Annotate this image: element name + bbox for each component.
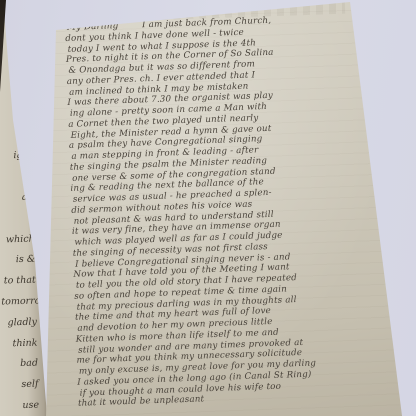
left-page-line-fragment: tomorrow xyxy=(1,291,42,313)
left-page-line-fragment: use xyxy=(4,395,45,416)
underlying-letter-page: disilightasanawhichis &to thattomorrowgl… xyxy=(0,0,50,416)
letter-page: 9 P.M. My Darling I am just back from Ch… xyxy=(0,0,416,416)
left-page-line-fragment: self xyxy=(3,375,44,397)
left-page-line-fragment: which xyxy=(0,229,40,251)
left-page-line-fragment: bad xyxy=(3,354,44,376)
left-page-fragments: disilightasanawhichis &to thattomorrowgl… xyxy=(0,84,44,416)
letter-body-lines: My Darling I am just back from Church,do… xyxy=(65,11,416,410)
left-page-line-fragment: an xyxy=(0,187,39,209)
left-page-line-fragment: is & xyxy=(0,250,41,272)
left-page-line-fragment: think xyxy=(2,333,43,355)
letter-time-heading: 9 P.M. xyxy=(64,0,409,14)
left-page-line-fragment: il xyxy=(0,125,37,147)
left-page-line-fragment: a xyxy=(0,208,39,230)
left-page-line-fragment: to that xyxy=(1,271,42,293)
left-page-line-fragment: d xyxy=(0,84,36,106)
left-page-line-fragment: gladly xyxy=(2,312,43,334)
left-page-line-fragment: as xyxy=(0,167,38,189)
letter-text: 9 P.M. My Darling I am just back from Ch… xyxy=(64,0,416,410)
letter-photo: disilightasanawhichis &to thattomorrowgl… xyxy=(0,0,416,416)
left-page-line-fragment: ight xyxy=(0,146,38,168)
left-page-line-fragment: is xyxy=(0,104,37,126)
